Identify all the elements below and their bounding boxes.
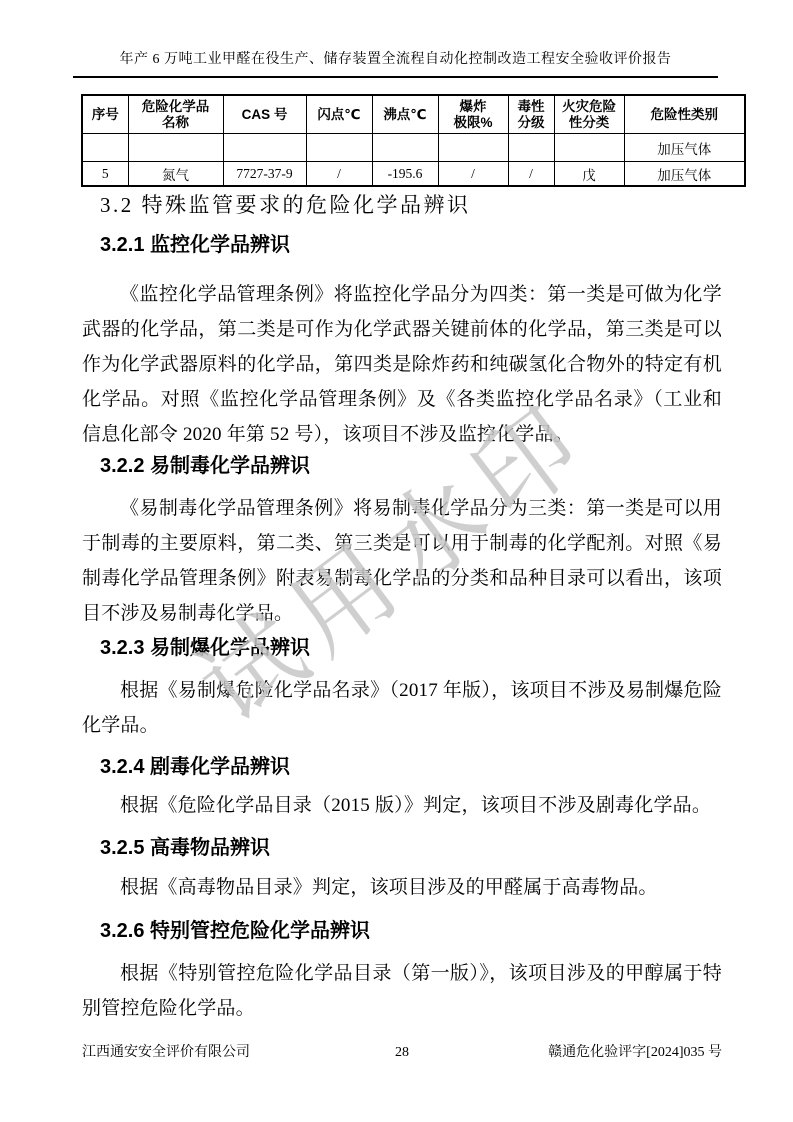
section-heading-3-2-2: 3.2.2 易制毒化学品辨识 bbox=[100, 455, 310, 478]
hazardous-chemicals-table: 序号 危险化学品 名称 CAS 号 闪点℃ 沸点℃ 爆炸 极限% 毒性 分级 火… bbox=[81, 94, 746, 187]
page-header-title: 年产 6 万吨工业甲醛在役生产、储存装置全流程自动化控制改造工程安全验收评价报告 bbox=[73, 50, 718, 78]
body-paragraph-3-2-2: 《易制毒化学品管理条例》将易制毒化学品分为三类：第一类是可以用于制毒的主要原料，… bbox=[82, 491, 722, 631]
footer-doc-number: 赣通危化验评字[2024]035 号 bbox=[409, 1044, 722, 1062]
chapter-heading-3-2: 3.2 特殊监管要求的危险化学品辨识 bbox=[100, 193, 471, 217]
column-header-flash-point: 闪点℃ bbox=[306, 95, 372, 134]
table-cell-boiling-point: -195.6 bbox=[372, 162, 438, 187]
section-heading-3-2-1: 3.2.1 监控化学品辨识 bbox=[100, 234, 290, 257]
column-header-seq: 序号 bbox=[82, 95, 128, 134]
table-header-row: 序号 危险化学品 名称 CAS 号 闪点℃ 沸点℃ 爆炸 极限% 毒性 分级 火… bbox=[82, 95, 745, 134]
table-cell bbox=[82, 134, 128, 162]
page-footer: 江西通安安全评价有限公司 28 赣通危化验评字[2024]035 号 bbox=[82, 1044, 722, 1062]
body-paragraph-3-2-5: 根据《高毒物品目录》判定，该项目涉及的甲醛属于高毒物品。 bbox=[82, 870, 722, 905]
footer-page-number: 28 bbox=[395, 1044, 409, 1062]
table-cell bbox=[223, 134, 306, 162]
column-header-chemical-name: 危险化学品 名称 bbox=[128, 95, 223, 134]
body-paragraph-3-2-4: 根据《危险化学品目录（2015 版）》判定，该项目不涉及剧毒化学品。 bbox=[82, 788, 722, 823]
column-header-cas: CAS 号 bbox=[223, 95, 306, 134]
section-heading-3-2-4: 3.2.4 剧毒化学品辨识 bbox=[100, 756, 290, 779]
body-paragraph-3-2-6: 根据《特别管控危险化学品目录（第一版）》，该项目涉及的甲醇属于特别管控危险化学品… bbox=[82, 956, 722, 1026]
table-cell bbox=[128, 134, 223, 162]
section-heading-3-2-3: 3.2.3 易制爆化学品辨识 bbox=[100, 637, 310, 660]
table-cell bbox=[554, 134, 624, 162]
column-header-explosive-limit: 爆炸 极限% bbox=[438, 95, 508, 134]
table-cell-fire-hazard: 戊 bbox=[554, 162, 624, 187]
section-heading-3-2-5: 3.2.5 高毒物品辨识 bbox=[100, 837, 270, 860]
table-cell-chemical-name: 氮气 bbox=[128, 162, 223, 187]
table-cell-toxicity: / bbox=[508, 162, 554, 187]
body-paragraph-3-2-3: 根据《易制爆危险化学品名录》（2017 年版），该项目不涉及易制爆危险化学品。 bbox=[82, 673, 722, 743]
table-cell-explosive-limit: / bbox=[438, 162, 508, 187]
footer-company: 江西通安安全评价有限公司 bbox=[82, 1044, 395, 1062]
document-page: 年产 6 万吨工业甲醛在役生产、储存装置全流程自动化控制改造工程安全验收评价报告… bbox=[0, 0, 793, 1122]
table-cell-flash-point: / bbox=[306, 162, 372, 187]
table-row-continued: 加压气体 bbox=[82, 134, 745, 162]
table-cell-hazard-class: 加压气体 bbox=[624, 162, 745, 187]
column-header-fire-hazard: 火灾危险 性分类 bbox=[554, 95, 624, 134]
table-cell bbox=[372, 134, 438, 162]
table-cell bbox=[508, 134, 554, 162]
table-cell bbox=[438, 134, 508, 162]
table-cell bbox=[306, 134, 372, 162]
section-heading-3-2-6: 3.2.6 特别管控危险化学品辨识 bbox=[100, 920, 370, 943]
table-cell-seq: 5 bbox=[82, 162, 128, 187]
column-header-toxicity: 毒性 分级 bbox=[508, 95, 554, 134]
table-row-nitrogen: 5 氮气 7727-37-9 / -195.6 / / 戊 加压气体 bbox=[82, 162, 745, 187]
body-paragraph-3-2-1: 《监控化学品管理条例》将监控化学品分为四类：第一类是可做为化学武器的化学品，第二… bbox=[82, 277, 722, 452]
table-cell-cas: 7727-37-9 bbox=[223, 162, 306, 187]
column-header-boiling-point: 沸点℃ bbox=[372, 95, 438, 134]
column-header-hazard-class: 危险性类别 bbox=[624, 95, 745, 134]
table-cell-hazard-class: 加压气体 bbox=[624, 134, 745, 162]
